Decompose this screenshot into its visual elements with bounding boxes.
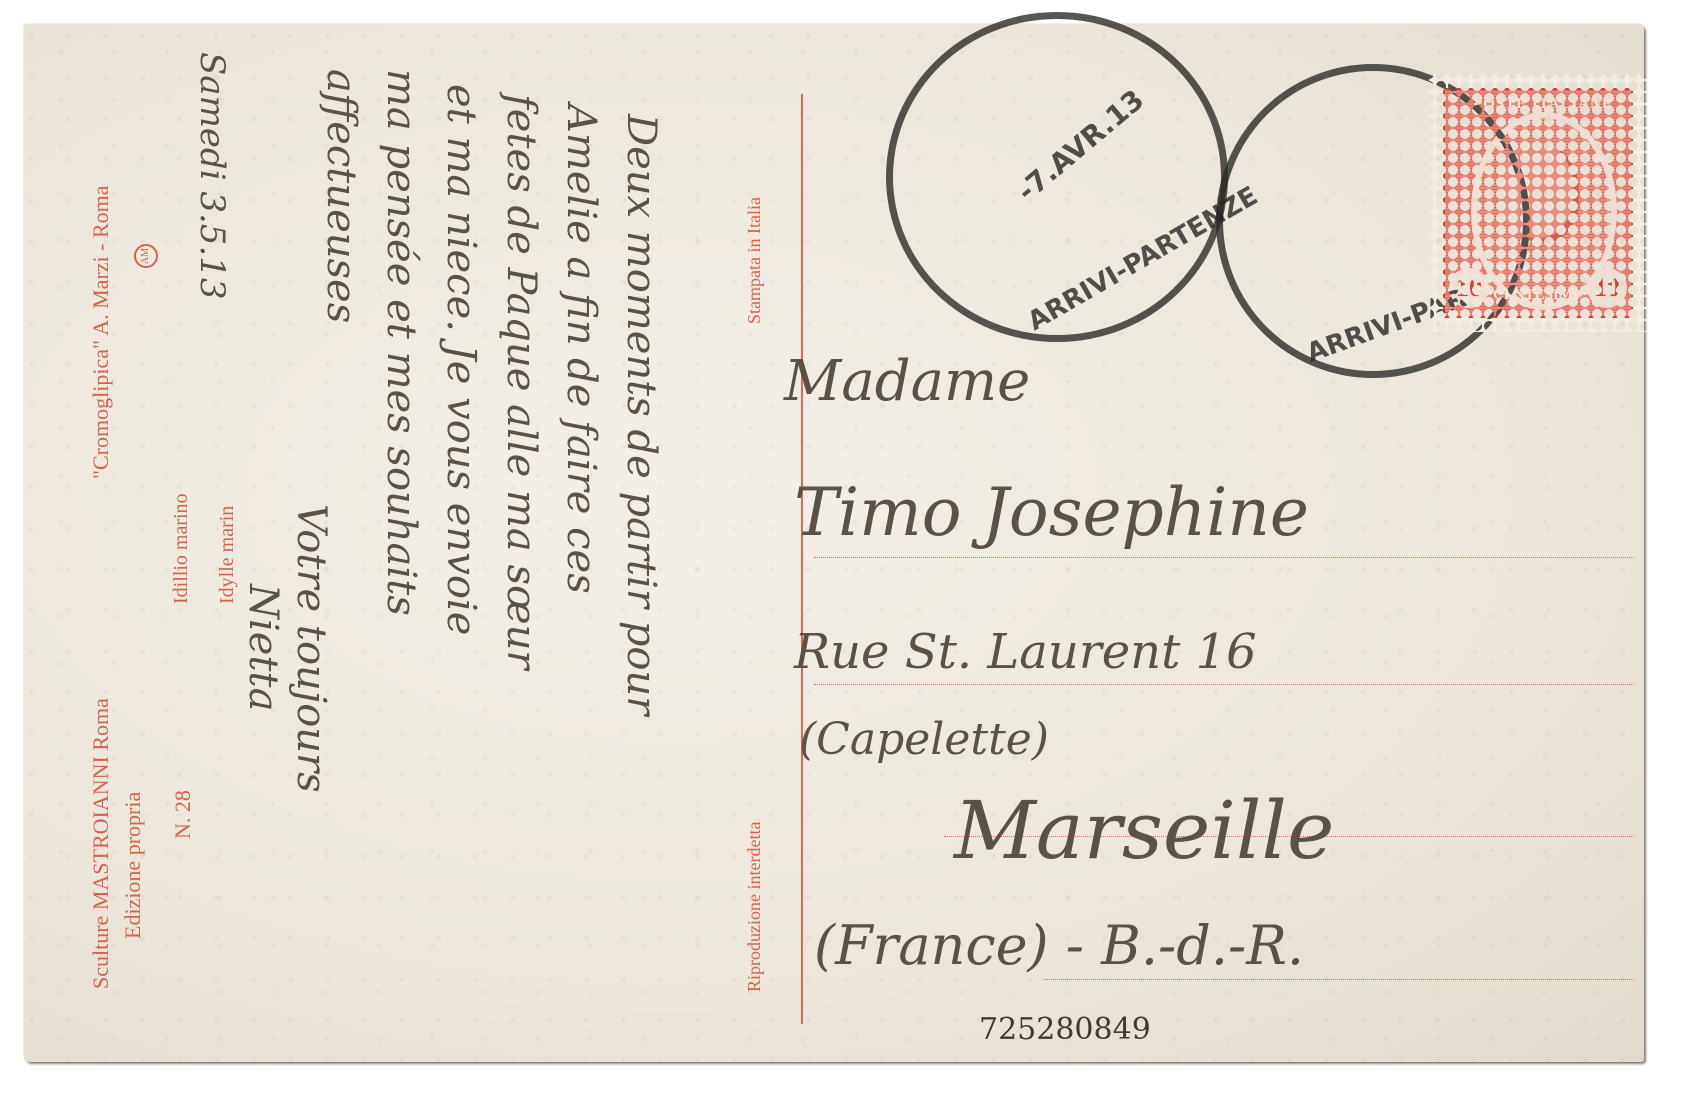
address-street: Rue St. Laurent 16: [794, 624, 1257, 680]
address-salutation: Madame: [784, 349, 1030, 414]
address-city: Marseille: [954, 784, 1334, 877]
message-signoff: Votre toujours: [288, 504, 334, 793]
printed-in-italy: Stampata in Italia: [744, 197, 765, 324]
title-italian: Idillio marino: [170, 493, 193, 604]
stamp-country: POSTE ITALIANE: [1473, 96, 1613, 113]
message-line: ma pensée et mes souhaits: [378, 69, 424, 616]
address-note: (Capelette): [799, 714, 1049, 765]
message-line: Amelie a fin de faire ces: [558, 104, 604, 594]
number-line: N. 28: [170, 790, 196, 839]
publisher-logo: AM: [134, 244, 158, 268]
address-line: [1044, 979, 1634, 980]
stamp-denomination: CENTESIMI: [1493, 287, 1579, 304]
reproduction-notice: Riproduzione interdetta: [744, 822, 765, 992]
publisher-line: "Cromoglipica" A. Marzi - Roma: [88, 185, 114, 479]
message-line: et ma niece. Je vous envoie: [438, 84, 484, 635]
stamp-value-left: 10: [1449, 268, 1489, 308]
title-french: Idylle marin: [216, 506, 239, 604]
message-line: affectueuses: [318, 69, 364, 323]
address-line: [814, 557, 1634, 558]
edition-line: Edizione propria: [120, 792, 146, 939]
message-line: fetes de Paque alle ma sœur: [498, 94, 544, 669]
message-date: Samedi 3.5.13: [192, 52, 232, 300]
postcard-back: Sculture MASTROIANNI Roma "Cromoglipica"…: [24, 24, 1644, 1062]
message-signature: Nietta: [240, 584, 286, 711]
postage-stamp: POSTE ITALIANE 10 10 CENTESIMI: [1429, 74, 1647, 332]
archive-number: 725280849: [979, 1012, 1151, 1047]
postmark-left: -7.AVR.13 ARRIVI-PARTENZE: [886, 12, 1228, 342]
center-divider: [801, 94, 803, 1024]
address-name: Timo Josephine: [794, 474, 1309, 551]
stamp-frame: POSTE ITALIANE 10 10 CENTESIMI: [1443, 88, 1633, 318]
address-country: (France) - B.-d.-R.: [814, 914, 1304, 977]
message-line: Deux moments de partir pour: [618, 114, 664, 715]
postmark-date: -7.AVR.13: [1011, 83, 1151, 208]
stamp-value-right: 10: [1587, 268, 1627, 308]
sculptor-line: Sculture MASTROIANNI Roma: [88, 698, 114, 989]
address-line: [814, 684, 1634, 685]
